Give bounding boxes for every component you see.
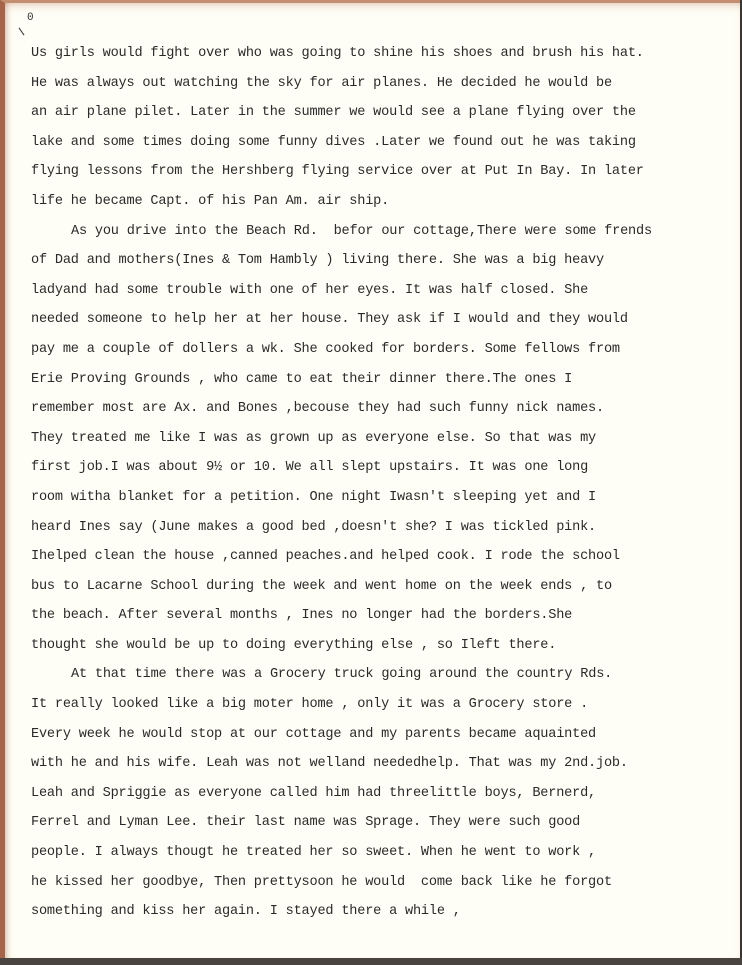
corner-tick-mark — [19, 28, 25, 36]
text-line: with he and his wife. Leah was not wella… — [31, 749, 731, 779]
text-line: Leah and Spriggie as everyone called him… — [31, 779, 731, 809]
text-line: Us girls would fight over who was going … — [31, 39, 731, 69]
text-line: thought she would be up to doing everyth… — [31, 631, 731, 661]
corner-mark: 0 — [27, 12, 34, 24]
page-bottom-edge — [0, 958, 742, 965]
text-line: At that time there was a Grocery truck g… — [31, 660, 731, 690]
text-line: of Dad and mothers(Ines & Tom Hambly ) l… — [31, 246, 731, 276]
text-line: ladyand had some trouble with one of her… — [31, 276, 731, 306]
text-line: first job.I was about 9½ or 10. We all s… — [31, 453, 731, 483]
text-line: flying lessons from the Hershberg flying… — [31, 157, 731, 187]
text-line: Erie Proving Grounds , who came to eat t… — [31, 365, 731, 395]
text-line: It really looked like a big moter home ,… — [31, 690, 731, 720]
text-line: Ihelped clean the house ,canned peaches.… — [31, 542, 731, 572]
text-line: an air plane pilet. Later in the summer … — [31, 98, 731, 128]
text-line: remember most are Ax. and Bones ,becouse… — [31, 394, 731, 424]
text-line: Ferrel and Lyman Lee. their last name wa… — [31, 808, 731, 838]
text-line: pay me a couple of dollers a wk. She coo… — [31, 335, 731, 365]
text-line: As you drive into the Beach Rd. befor ou… — [31, 217, 731, 247]
text-line: bus to Lacarne School during the week an… — [31, 572, 731, 602]
typed-text-body: Us girls would fight over who was going … — [31, 39, 731, 927]
text-line: They treated me like I was as grown up a… — [31, 424, 731, 454]
text-line: lake and some times doing some funny div… — [31, 128, 731, 158]
text-line: people. I always thougt he treated her s… — [31, 838, 731, 868]
text-line: He was always out watching the sky for a… — [31, 69, 731, 99]
text-line: something and kiss her again. I stayed t… — [31, 897, 731, 927]
text-line: Every week he would stop at our cottage … — [31, 720, 731, 750]
text-line: the beach. After several months , Ines n… — [31, 601, 731, 631]
text-line: heard Ines say (June makes a good bed ,d… — [31, 513, 731, 543]
typed-page: 0 Us girls would fight over who was goin… — [0, 0, 740, 958]
text-line: life he became Capt. of his Pan Am. air … — [31, 187, 731, 217]
text-line: he kissed her goodbye, Then prettysoon h… — [31, 868, 731, 898]
text-line: needed someone to help her at her house.… — [31, 305, 731, 335]
text-line: room witha blanket for a petition. One n… — [31, 483, 731, 513]
